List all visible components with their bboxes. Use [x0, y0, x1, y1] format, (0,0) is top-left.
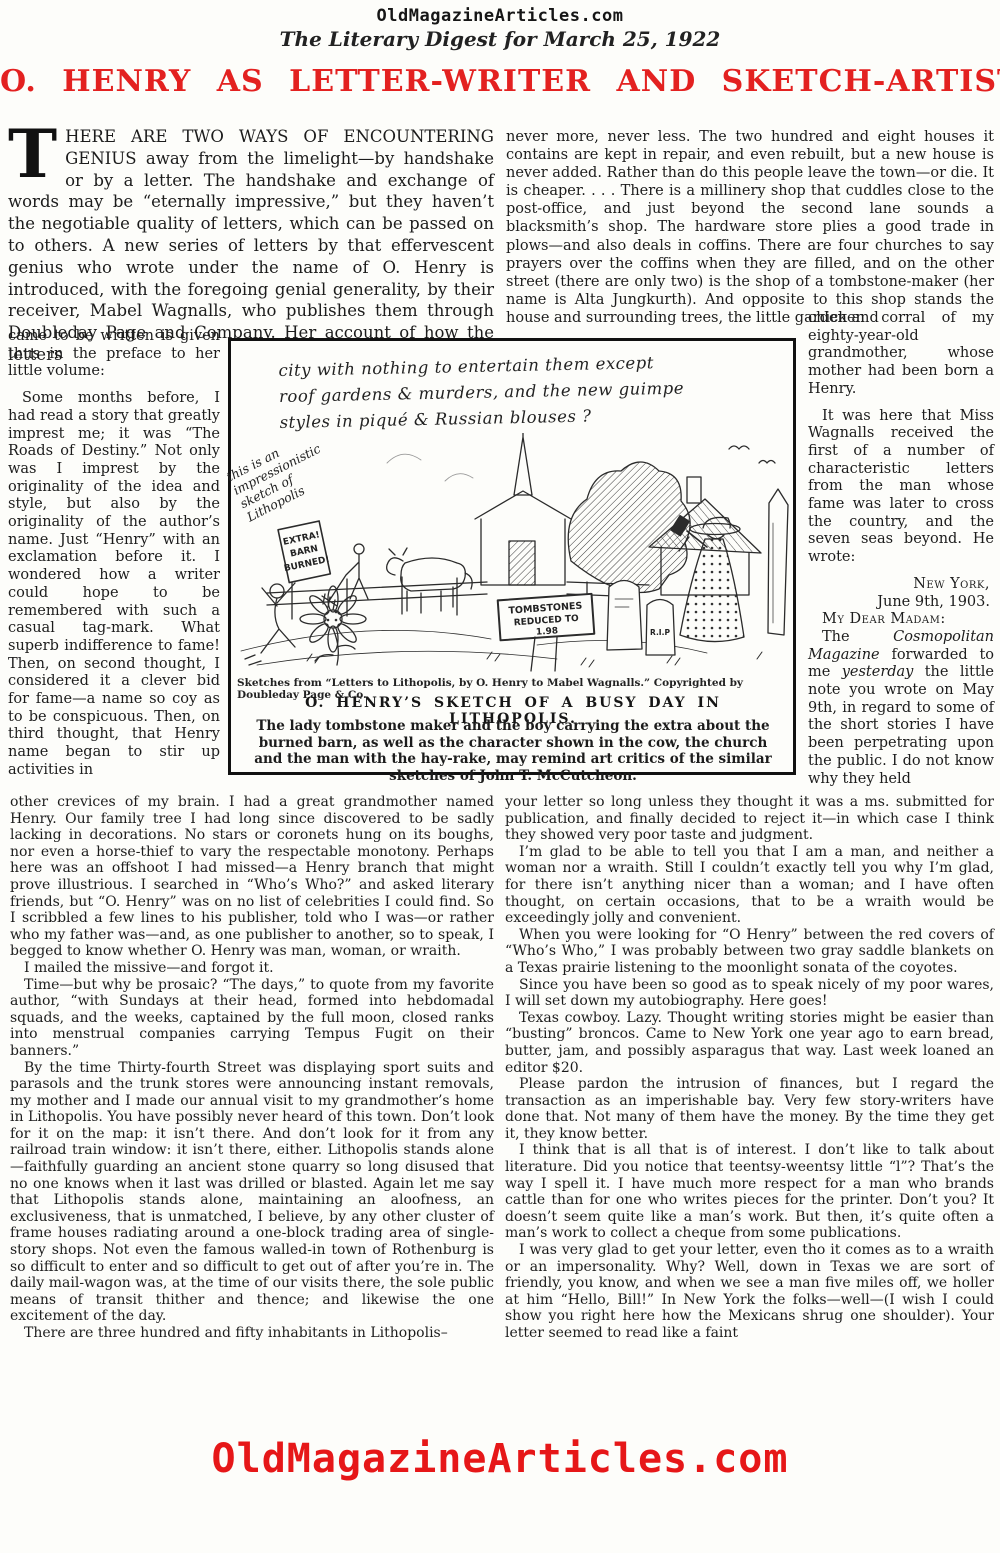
bottom-right-column: your letter so long unless they thought …	[505, 794, 994, 1342]
handwriting-caption: city with nothing to entertain them exce…	[278, 348, 760, 436]
paragraph: Texas cowboy. Lazy. Thought writing stor…	[505, 1010, 994, 1076]
letter-salutation: My Dear Madam:	[808, 611, 994, 629]
sunflower-stem	[315, 629, 355, 665]
left-narrow-column: came to be written is given thus in the …	[8, 328, 220, 780]
paragraph: I think that is all that is of interest.…	[505, 1142, 994, 1242]
letter-dateline-date: June 9th, 1903.	[808, 594, 994, 612]
article-title: O. HENRY AS LETTER-WRITER AND SKETCH-ART…	[0, 64, 1000, 99]
birds	[729, 446, 775, 463]
letter-opening: The Cosmopolitan Magazine forwarded to m…	[808, 629, 994, 788]
house-chimney	[687, 477, 701, 503]
magazine-page: OldMagazineArticles.com The Literary Dig…	[0, 0, 1000, 1553]
letter-text: The	[822, 629, 893, 645]
paragraph: I was very glad to get your letter, even…	[505, 1242, 994, 1342]
sign-posts	[531, 637, 557, 671]
paragraph: Since you have been so good as to speak …	[505, 977, 994, 1010]
letter-text: the little note you wrote on May 9th, in…	[808, 664, 994, 786]
sketch-figure: city with nothing to entertain them exce…	[228, 338, 796, 775]
intro-right-column: never more, never less. The two hundred …	[506, 128, 994, 327]
sunflower-petal	[340, 614, 366, 624]
lithopolis-sketch-drawing: EXTRA! BARN BURNED! TOMBSTONES	[237, 433, 793, 673]
paragraph: Time—but why be prosaic? “The days,” to …	[10, 977, 494, 1060]
figure-caption: The lady tombstone maker and the boy car…	[245, 718, 781, 784]
letter-italic: yesterday	[842, 664, 914, 680]
site-footer: OldMagazineArticles.com	[0, 1436, 1000, 1482]
cow-legs-tail	[407, 573, 472, 613]
tombstone-1	[607, 581, 642, 651]
paragraph: Some months before, I had read a story t…	[8, 390, 220, 779]
tombstones-sign-line3: 1.98	[536, 626, 559, 638]
rip-text: R.I.P	[650, 628, 670, 637]
runner-head	[270, 584, 284, 598]
paragraph: I’m glad to be able to tell you that I a…	[505, 844, 994, 927]
paragraph: When you were looking for “O Henry” betw…	[505, 927, 994, 977]
tombstones-sign: TOMBSTONES REDUCED TO 1.98	[498, 594, 595, 640]
right-narrow-column: chicken corral of my eighty-year-old gra…	[808, 310, 994, 788]
church-steeple	[514, 433, 532, 495]
paragraph: By the time Thirty-fourth Street was dis…	[10, 1060, 494, 1326]
sunflower-petal	[300, 614, 326, 624]
paragraph: other crevices of my brain. I had a grea…	[10, 794, 494, 960]
bottom-left-column: other crevices of my brain. I had a grea…	[10, 794, 494, 1342]
extra-sign: EXTRA! BARN BURNED!	[276, 521, 333, 583]
church-door	[509, 541, 535, 585]
cow-head	[387, 548, 407, 575]
paragraph: your letter so long unless they thought …	[505, 794, 994, 844]
woman-dress	[680, 539, 744, 642]
raker-head	[354, 544, 364, 554]
paragraph: There are three hundred and fifty inhabi…	[10, 1325, 494, 1342]
dropcap-letter: T	[8, 126, 65, 180]
paragraph: Please pardon the intrusion of finances,…	[505, 1076, 994, 1142]
cloud-lines	[387, 454, 473, 481]
paragraph: chicken corral of my eighty-year-old gra…	[808, 310, 994, 399]
letter-dateline-city: New York,	[808, 576, 994, 594]
publication-line: The Literary Digest for March 25, 1922	[0, 27, 1000, 51]
site-header: OldMagazineArticles.com	[0, 6, 1000, 26]
paragraph: I mailed the missive—and forgot it.	[10, 960, 494, 977]
grass	[307, 652, 762, 667]
runner-figure	[245, 583, 295, 665]
paragraph: It was here that Miss Wagnalls received …	[808, 408, 994, 567]
obelisk	[768, 489, 788, 635]
intro-right-paragraph: never more, never less. The two hundred …	[506, 128, 994, 327]
sunflower-center	[324, 610, 342, 628]
paragraph: came to be written is given thus in the …	[8, 328, 220, 381]
